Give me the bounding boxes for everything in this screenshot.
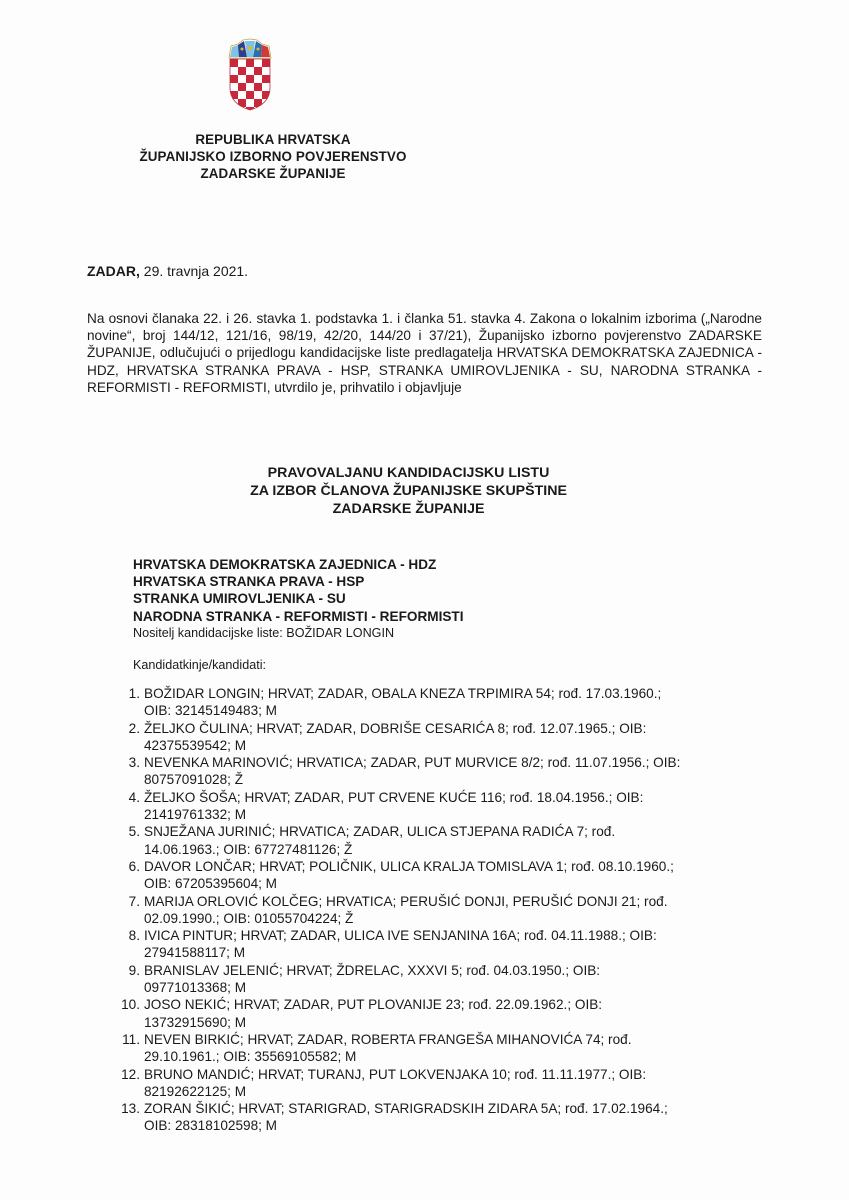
candidate-number: 13. bbox=[112, 1100, 144, 1135]
title-line-3: ZADARSKE ŽUPANIJE bbox=[140, 500, 677, 518]
issuer-line-2: ŽUPANIJSKO IZBORNO POVJERENSTVO bbox=[128, 148, 418, 165]
candidate-number: 2. bbox=[112, 720, 144, 755]
party-item: HRVATSKA STRANKA PRAVA - HSP bbox=[133, 573, 464, 590]
party-list: HRVATSKA DEMOKRATSKA ZAJEDNICA - HDZ HRV… bbox=[133, 556, 464, 625]
candidate-item: 13.ZORAN ŠIKIĆ; HRVAT; STARIGRAD, STARIG… bbox=[112, 1100, 792, 1135]
issuer-header: REPUBLIKA HRVATSKA ŽUPANIJSKO IZBORNO PO… bbox=[128, 131, 418, 182]
candidate-item: 1.BOŽIDAR LONGIN; HRVAT; ZADAR, OBALA KN… bbox=[112, 685, 792, 720]
title-line-1: PRAVOVALJANU KANDIDACIJSKU LISTU bbox=[140, 464, 677, 482]
title-line-2: ZA IZBOR ČLANOVA ŽUPANIJSKE SKUPŠTINE bbox=[140, 482, 677, 500]
candidate-item: 4.ŽELJKO ŠOŠA; HRVAT; ZADAR, PUT CRVENE … bbox=[112, 789, 792, 824]
candidate-line-2: 27941588117; M bbox=[144, 944, 756, 961]
party-item: HRVATSKA DEMOKRATSKA ZAJEDNICA - HDZ bbox=[133, 556, 464, 573]
candidate-details: ŽELJKO ŠOŠA; HRVAT; ZADAR, PUT CRVENE KU… bbox=[144, 789, 756, 824]
candidate-line-2: 13732915690; M bbox=[144, 1014, 756, 1031]
candidate-line-1: NEVENKA MARINOVIĆ; HRVATICA; ZADAR, PUT … bbox=[144, 754, 756, 771]
candidate-number: 12. bbox=[112, 1066, 144, 1101]
candidate-item: 10.JOSO NEKIĆ; HRVAT; ZADAR, PUT PLOVANI… bbox=[112, 996, 792, 1031]
intro-paragraph: Na osnovi članaka 22. i 26. stavka 1. po… bbox=[87, 310, 762, 396]
issuer-line-3: ZADARSKE ŽUPANIJE bbox=[128, 165, 418, 182]
candidate-number: 6. bbox=[112, 858, 144, 893]
date-city: ZADAR, bbox=[87, 263, 140, 279]
candidate-line-2: 02.09.1990.; OIB: 01055704224; Ž bbox=[144, 910, 756, 927]
candidate-item: 6.DAVOR LONČAR; HRVAT; POLIČNIK, ULICA K… bbox=[112, 858, 792, 893]
candidate-number: 5. bbox=[112, 823, 144, 858]
candidate-item: 8.IVICA PINTUR; HRVAT; ZADAR, ULICA IVE … bbox=[112, 927, 792, 962]
document-title: PRAVOVALJANU KANDIDACIJSKU LISTU ZA IZBO… bbox=[140, 464, 677, 518]
candidate-details: NEVEN BIRKIĆ; HRVAT; ZADAR, ROBERTA FRAN… bbox=[144, 1031, 756, 1066]
candidate-line-1: ZORAN ŠIKIĆ; HRVAT; STARIGRAD, STARIGRAD… bbox=[144, 1100, 756, 1117]
party-item: STRANKA UMIROVLJENIKA - SU bbox=[133, 590, 464, 607]
candidate-details: NEVENKA MARINOVIĆ; HRVATICA; ZADAR, PUT … bbox=[144, 754, 756, 789]
candidate-line-1: ŽELJKO ČULINA; HRVAT; ZADAR, DOBRIŠE CES… bbox=[144, 720, 756, 737]
candidate-item: 11.NEVEN BIRKIĆ; HRVAT; ZADAR, ROBERTA F… bbox=[112, 1031, 792, 1066]
candidate-number: 10. bbox=[112, 996, 144, 1031]
candidate-details: ZORAN ŠIKIĆ; HRVAT; STARIGRAD, STARIGRAD… bbox=[144, 1100, 756, 1135]
candidate-number: 9. bbox=[112, 962, 144, 997]
candidate-line-2: 14.06.1963.; OIB: 67727481126; Ž bbox=[144, 841, 756, 858]
candidate-line-2: 21419761332; M bbox=[144, 806, 756, 823]
candidate-line-1: JOSO NEKIĆ; HRVAT; ZADAR, PUT PLOVANIJE … bbox=[144, 996, 756, 1013]
candidate-line-2: OIB: 28318102598; M bbox=[144, 1117, 756, 1134]
candidate-number: 1. bbox=[112, 685, 144, 720]
candidate-line-1: ŽELJKO ŠOŠA; HRVAT; ZADAR, PUT CRVENE KU… bbox=[144, 789, 756, 806]
candidate-line-1: BRUNO MANDIĆ; HRVAT; TURANJ, PUT LOKVENJ… bbox=[144, 1066, 756, 1083]
candidate-line-1: SNJEŽANA JURINIĆ; HRVATICA; ZADAR, ULICA… bbox=[144, 823, 756, 840]
candidate-line-2: 80757091028; Ž bbox=[144, 771, 756, 788]
candidate-line-2: 82192622125; M bbox=[144, 1083, 756, 1100]
candidate-number: 3. bbox=[112, 754, 144, 789]
party-item: NARODNA STRANKA - REFORMISTI - REFORMIST… bbox=[133, 608, 464, 625]
candidate-details: BRUNO MANDIĆ; HRVAT; TURANJ, PUT LOKVENJ… bbox=[144, 1066, 756, 1101]
candidate-details: IVICA PINTUR; HRVAT; ZADAR, ULICA IVE SE… bbox=[144, 927, 756, 962]
candidate-details: BRANISLAV JELENIĆ; HRVAT; ŽDRELAC, XXXVI… bbox=[144, 962, 756, 997]
candidate-item: 9.BRANISLAV JELENIĆ; HRVAT; ŽDRELAC, XXX… bbox=[112, 962, 792, 997]
candidate-line-1: IVICA PINTUR; HRVAT; ZADAR, ULICA IVE SE… bbox=[144, 927, 756, 944]
date-text: 29. travnja 2021. bbox=[140, 263, 248, 279]
candidate-number: 11. bbox=[112, 1031, 144, 1066]
candidate-details: BOŽIDAR LONGIN; HRVAT; ZADAR, OBALA KNEZ… bbox=[144, 685, 756, 720]
candidate-number: 4. bbox=[112, 789, 144, 824]
candidate-details: MARIJA ORLOVIĆ KOLČEG; HRVATICA; PERUŠIĆ… bbox=[144, 893, 756, 928]
candidate-line-2: 42375539542; M bbox=[144, 737, 756, 754]
list-holder: Nositelj kandidacijske liste: BOŽIDAR LO… bbox=[133, 626, 394, 640]
candidate-number: 8. bbox=[112, 927, 144, 962]
candidate-details: JOSO NEKIĆ; HRVAT; ZADAR, PUT PLOVANIJE … bbox=[144, 996, 756, 1031]
candidate-list: 1.BOŽIDAR LONGIN; HRVAT; ZADAR, OBALA KN… bbox=[112, 685, 792, 1135]
candidate-line-1: DAVOR LONČAR; HRVAT; POLIČNIK, ULICA KRA… bbox=[144, 858, 756, 875]
document-date: ZADAR, 29. travnja 2021. bbox=[87, 263, 248, 279]
candidate-details: DAVOR LONČAR; HRVAT; POLIČNIK, ULICA KRA… bbox=[144, 858, 756, 893]
candidate-line-2: 29.10.1961.; OIB: 35569105582; M bbox=[144, 1048, 756, 1065]
candidate-line-2: OIB: 67205395604; M bbox=[144, 875, 756, 892]
candidate-line-2: OIB: 32145149483; M bbox=[144, 702, 756, 719]
candidate-line-2: 09771013368; M bbox=[144, 979, 756, 996]
candidate-details: SNJEŽANA JURINIĆ; HRVATICA; ZADAR, ULICA… bbox=[144, 823, 756, 858]
document-page: REPUBLIKA HRVATSKA ŽUPANIJSKO IZBORNO PO… bbox=[0, 0, 849, 1200]
candidate-line-1: BOŽIDAR LONGIN; HRVAT; ZADAR, OBALA KNEZ… bbox=[144, 685, 756, 702]
candidate-item: 5.SNJEŽANA JURINIĆ; HRVATICA; ZADAR, ULI… bbox=[112, 823, 792, 858]
candidate-line-1: MARIJA ORLOVIĆ KOLČEG; HRVATICA; PERUŠIĆ… bbox=[144, 893, 756, 910]
candidate-number: 7. bbox=[112, 893, 144, 928]
candidate-line-1: NEVEN BIRKIĆ; HRVAT; ZADAR, ROBERTA FRAN… bbox=[144, 1031, 756, 1048]
candidate-item: 2.ŽELJKO ČULINA; HRVAT; ZADAR, DOBRIŠE C… bbox=[112, 720, 792, 755]
crown-icon bbox=[229, 39, 271, 58]
candidate-item: 7.MARIJA ORLOVIĆ KOLČEG; HRVATICA; PERUŠ… bbox=[112, 893, 792, 928]
candidate-item: 12.BRUNO MANDIĆ; HRVAT; TURANJ, PUT LOKV… bbox=[112, 1066, 792, 1101]
croatian-coat-of-arms-icon bbox=[226, 38, 274, 112]
candidate-line-1: BRANISLAV JELENIĆ; HRVAT; ŽDRELAC, XXXVI… bbox=[144, 962, 756, 979]
candidates-label: Kandidatkinje/kandidati: bbox=[133, 658, 266, 672]
issuer-line-1: REPUBLIKA HRVATSKA bbox=[128, 131, 418, 148]
candidate-item: 3.NEVENKA MARINOVIĆ; HRVATICA; ZADAR, PU… bbox=[112, 754, 792, 789]
candidate-details: ŽELJKO ČULINA; HRVAT; ZADAR, DOBRIŠE CES… bbox=[144, 720, 756, 755]
